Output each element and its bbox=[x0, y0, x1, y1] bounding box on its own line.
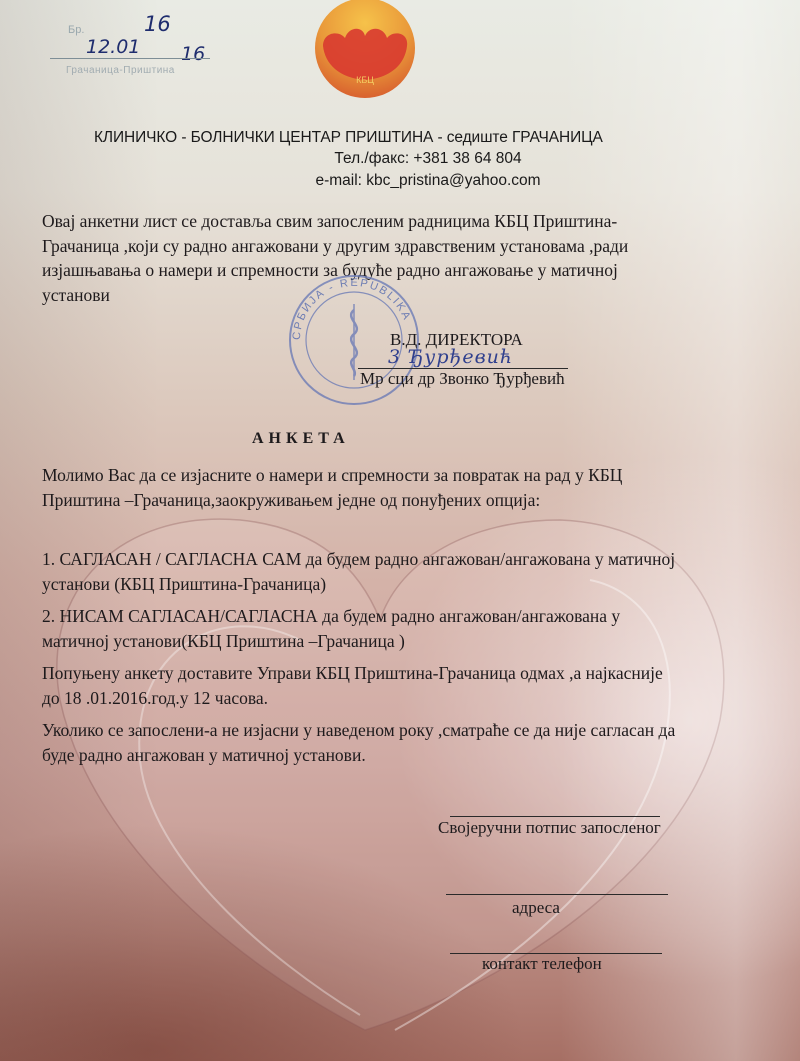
address-label: адреса bbox=[512, 898, 560, 918]
registry-stamp: Бр. 16 12.01 16 Грачаница-Приштина bbox=[48, 8, 248, 78]
survey-title: АНКЕТА bbox=[252, 430, 350, 448]
address-line[interactable] bbox=[446, 894, 668, 895]
director-block: В.Д. ДИРЕКТОРА 3 Ђурђевић Мр сци др Звон… bbox=[346, 330, 586, 390]
delivery-instructions: Попуњену анкету доставите Управи КБЦ При… bbox=[42, 661, 682, 710]
registry-printed-label: Бр. bbox=[68, 24, 84, 36]
survey-option-agree[interactable]: 1. САГЛАСАН / САГЛАСНА САМ да будем радн… bbox=[42, 547, 682, 596]
survey-request: Молимо Вас да се изјасните о намери и сп… bbox=[42, 463, 682, 512]
director-name: Мр сци др Звонко Ђурђевић bbox=[360, 369, 565, 389]
survey-option-disagree[interactable]: 2. НИСАМ САГЛАСАН/САГЛАСНА да будем радн… bbox=[42, 604, 682, 653]
phone-label: контакт телефон bbox=[482, 954, 602, 974]
registry-number: 16 bbox=[144, 12, 171, 36]
org-phone: Тел./факс: +381 38 64 804 bbox=[0, 150, 800, 168]
signature-label: Својеручни потпис запосленог bbox=[438, 818, 661, 838]
director-signature: 3 Ђурђевић bbox=[388, 346, 513, 368]
logo-text: КБЦ bbox=[356, 75, 374, 85]
kbc-logo: КБЦ bbox=[305, 0, 425, 100]
deadline-warning: Уколико се запослени-а не изјасни у наве… bbox=[42, 718, 682, 767]
org-email: e-mail: kbc_pristina@yahoo.com bbox=[0, 172, 800, 190]
registry-printed-place: Грачаница-Приштина bbox=[66, 65, 175, 76]
registry-date: 12.01 bbox=[86, 36, 140, 58]
signature-line[interactable] bbox=[450, 816, 660, 817]
org-title: КЛИНИЧКО - БОЛНИЧКИ ЦЕНТАР ПРИШТИНА - се… bbox=[94, 129, 603, 147]
registry-line bbox=[50, 58, 210, 59]
registry-year: 16 bbox=[181, 43, 205, 65]
